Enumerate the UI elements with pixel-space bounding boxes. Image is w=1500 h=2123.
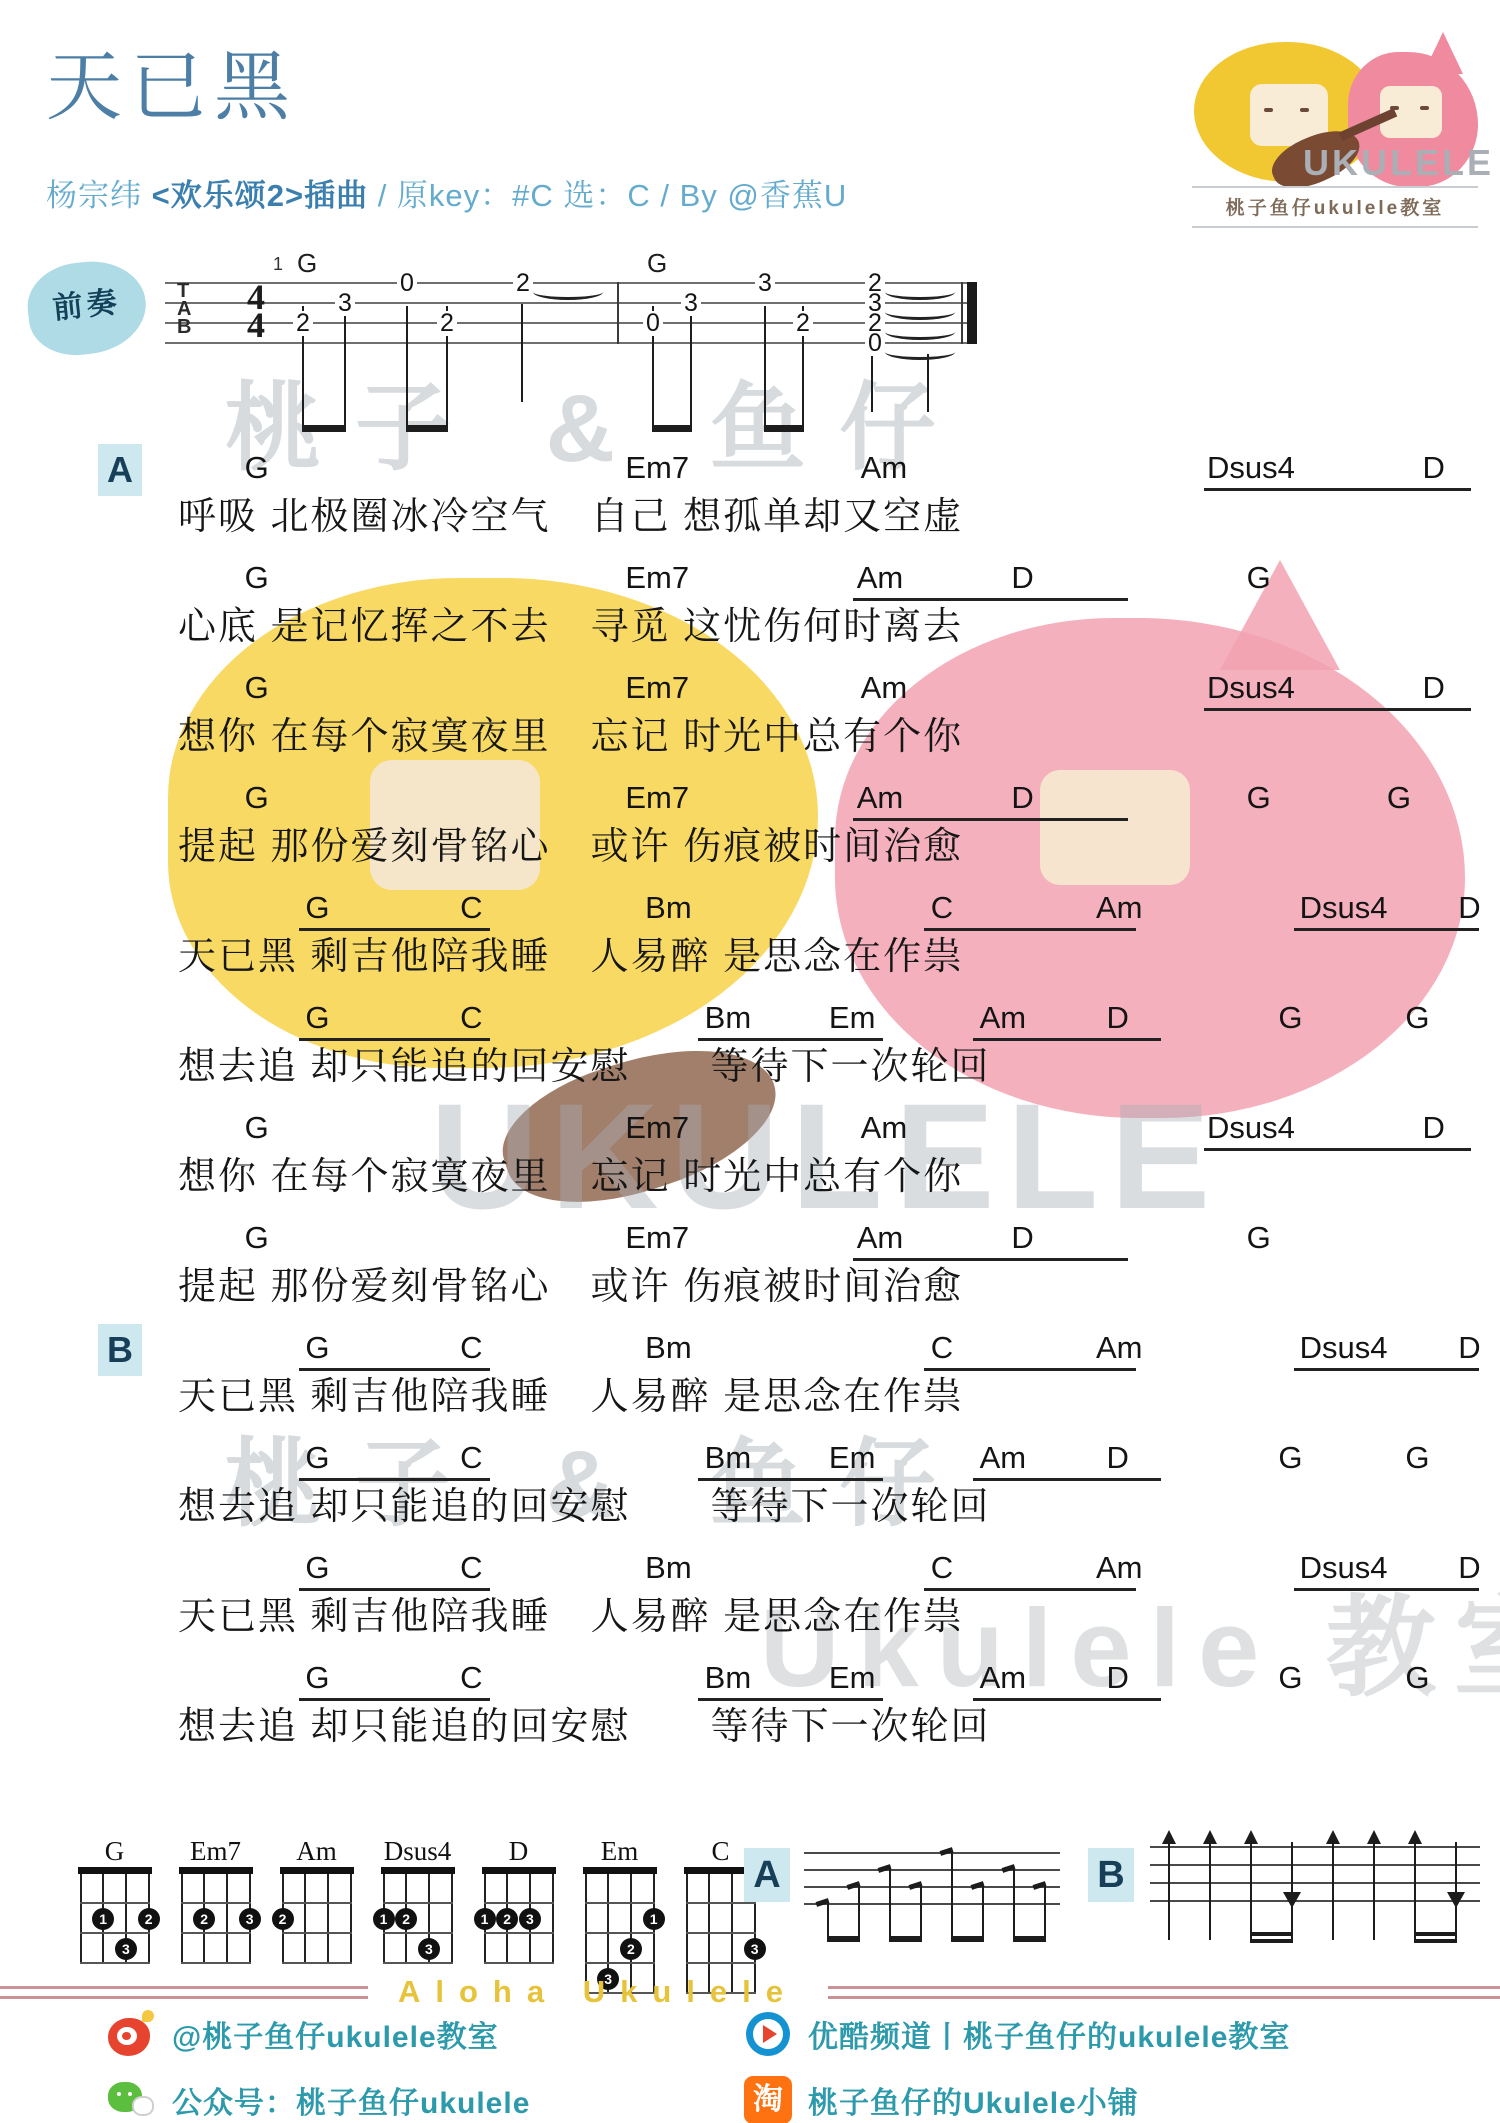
diagram-fret — [686, 1932, 756, 1934]
strum-pattern-a-marker: A — [744, 1848, 790, 1902]
aloha-divider: Aloha Ukulele — [0, 1974, 1500, 2010]
finger-dot: 3 — [418, 1938, 440, 1960]
weibo-icon — [108, 2010, 156, 2058]
chord-symbol: Am — [1096, 1330, 1143, 1366]
chord-symbol: G — [245, 1110, 269, 1146]
chord-symbol: Am — [861, 1110, 908, 1146]
weibo-icon-spark — [142, 2010, 154, 2022]
lyrics-text: 呼吸 北极圈冰冷空气 自己 想孤单却又空虚 — [160, 492, 1482, 542]
tab-clef-letter: B — [177, 316, 191, 339]
finger-dot: 1 — [92, 1908, 114, 1930]
chord-symbol: G — [1278, 1440, 1302, 1476]
diagram-fret — [686, 1962, 756, 1964]
face-eye-icon — [1300, 108, 1309, 112]
chord-symbol: D — [1458, 1330, 1480, 1366]
finger-dot: 1 — [373, 1908, 395, 1930]
down-strum-arrow-icon — [1447, 1892, 1465, 1908]
tab-fret-number: 0 — [865, 331, 885, 356]
chord-diagram-grid: 123 — [80, 1874, 150, 1964]
chord-symbol: Am — [1096, 890, 1143, 926]
picking-stem — [858, 1886, 860, 1940]
chord-underline — [973, 1038, 1161, 1041]
lyrics-text: 想去追 却只能追的回安慰 等待下一次轮回 — [160, 1482, 1482, 1532]
picking-beam — [889, 1936, 922, 1942]
strum-beam — [1250, 1939, 1293, 1943]
song-title: 天已黑 — [46, 26, 298, 135]
picking-stem — [951, 1852, 953, 1940]
picking-stem — [982, 1886, 984, 1940]
note-stem — [871, 354, 873, 412]
chord-diagram-em: Em123 — [569, 1836, 670, 1994]
diagram-fret — [383, 1932, 453, 1934]
chord-symbol: Bm — [645, 890, 692, 926]
diagram-fret — [181, 1932, 251, 1934]
chord-symbol: Am — [980, 1440, 1027, 1476]
chord-underline — [973, 1698, 1161, 1701]
note-stem — [927, 354, 929, 412]
strum-staff-line — [804, 1886, 1060, 1888]
measure-barline — [617, 282, 619, 344]
note-stem — [406, 306, 408, 430]
diagram-fret — [585, 1962, 655, 1964]
lyric-line: GEm7AmDG心底 是记忆挥之不去 寻觅 这忧伤何时离去 — [160, 558, 1482, 652]
chord-symbol: G — [305, 1000, 329, 1036]
lyric-line: AGEm7AmDsus4D呼吸 北极圈冰冷空气 自己 想孤单却又空虚 — [160, 448, 1482, 542]
chord-symbol: G — [305, 1660, 329, 1696]
finger-dot: 2 — [272, 1908, 294, 1930]
strum-staff-line — [1150, 1900, 1480, 1902]
picking-stem — [920, 1886, 922, 1940]
picking-stem — [827, 1903, 829, 1940]
intro-label-bubble: 前奏 — [24, 256, 151, 360]
chord-underline — [924, 928, 1136, 931]
finger-dot: 1 — [643, 1908, 665, 1930]
picking-stem — [889, 1869, 891, 1940]
tab-chord-label: G — [297, 248, 317, 279]
chord-underline — [924, 1588, 1136, 1591]
work-name: <欢乐颂2>插曲 — [152, 178, 368, 213]
finger-dot: 2 — [193, 1908, 215, 1930]
chord-row: GCBmEmAmDGG — [160, 1438, 1482, 1482]
note-beam — [652, 425, 692, 432]
tab-fret-number: 2 — [437, 311, 457, 336]
final-barline-thick — [967, 282, 977, 344]
section-marker-b: B — [98, 1324, 142, 1376]
up-strum-stem — [1168, 1836, 1170, 1940]
chord-symbol: C — [931, 890, 953, 926]
chord-symbol: Am — [857, 560, 904, 596]
lyric-line: GCBmCAmDsus4D天已黑 剩吉他陪我睡 人易醉 是思念在作祟 — [160, 1548, 1482, 1642]
taobao-shop: 桃子鱼仔的Ukulele小铺 — [808, 2078, 1139, 2122]
chord-diagram-em7: Em723 — [165, 1836, 266, 1994]
strum-staff-line — [804, 1869, 1060, 1871]
lyrics-text: 想你 在每个寂寞夜里 忘记 时光中总有个你 — [160, 712, 1482, 762]
up-strum-arrow-icon — [1367, 1830, 1381, 1844]
logo-caption-wrap: 桃子鱼仔ukulele教室 — [1192, 186, 1478, 228]
up-strum-stem — [1332, 1836, 1334, 1940]
chord-diagram-nut — [78, 1867, 152, 1874]
diagram-string — [80, 1874, 82, 1964]
chord-symbol: G — [305, 1330, 329, 1366]
face-eye-icon — [1420, 106, 1429, 110]
up-strum-arrow-icon — [1408, 1830, 1422, 1844]
tab-fret-number: 0 — [643, 311, 663, 336]
artist-name: 杨宗纬 — [46, 178, 152, 213]
chord-underline — [1204, 488, 1471, 491]
taobao-item: 淘 桃子鱼仔的Ukulele小铺 — [744, 2074, 1438, 2123]
chord-symbol: Am — [861, 450, 908, 486]
chord-underline — [973, 1478, 1161, 1481]
chord-underline — [853, 818, 1128, 821]
diagram-fret — [181, 1902, 251, 1904]
strum-beam — [1414, 1939, 1457, 1943]
chord-symbol: D — [1011, 560, 1033, 596]
picking-stem — [1013, 1869, 1015, 1940]
finger-dot: 3 — [239, 1908, 261, 1930]
lyrics-text: 天已黑 剩吉他陪我睡 人易醉 是思念在作祟 — [160, 1372, 1482, 1422]
chord-diagram-label: Em — [569, 1836, 670, 1868]
diagram-string — [327, 1874, 329, 1964]
chord-underline — [1204, 708, 1471, 711]
note-beam — [406, 425, 448, 432]
chord-symbol: D — [1423, 450, 1445, 486]
chord-symbol: D — [1107, 1660, 1129, 1696]
diagram-fret — [80, 1902, 150, 1904]
diagram-fret — [80, 1962, 150, 1964]
chord-underline — [1204, 1148, 1471, 1151]
finger-dot: 2 — [395, 1908, 417, 1930]
chord-symbol: Em7 — [625, 670, 689, 706]
chord-underline — [853, 598, 1128, 601]
finger-dot: 3 — [115, 1938, 137, 1960]
chord-diagram-d: D123 — [468, 1836, 569, 1994]
diagram-fret — [484, 1932, 554, 1934]
chord-symbol: Am — [1096, 1550, 1143, 1586]
chord-symbol: D — [1107, 1000, 1129, 1036]
chord-underline — [299, 1588, 491, 1591]
chord-symbol: G — [245, 450, 269, 486]
wechat-item: 公众号：桃子鱼仔ukulele — [108, 2074, 744, 2123]
tie-arc — [885, 324, 955, 340]
chord-symbol: G — [1247, 780, 1271, 816]
note-stem — [690, 306, 692, 430]
chord-diagram-nut — [381, 1867, 455, 1874]
chord-symbol: Am — [857, 780, 904, 816]
strum-beam — [1250, 1932, 1293, 1936]
tie-arc — [885, 344, 955, 360]
chord-symbol: Bm — [645, 1330, 692, 1366]
taobao-icon: 淘 — [744, 2076, 792, 2123]
chord-row: AGEm7AmDsus4D — [160, 448, 1482, 492]
chord-row: BGCBmCAmDsus4D — [160, 1328, 1482, 1372]
chord-row: GCBmEmAmDGG — [160, 1658, 1482, 1702]
youku-item: 优酷频道丨桃子鱼仔的ukulele教室 — [744, 2008, 1438, 2060]
lyrics-section: AGEm7AmDsus4D呼吸 北极圈冰冷空气 自己 想孤单却又空虚GEm7Am… — [160, 448, 1482, 1768]
diagram-fret — [585, 1902, 655, 1904]
section-marker-a: A — [98, 444, 142, 496]
chord-symbol: G — [245, 670, 269, 706]
chord-symbol: Bm — [705, 1000, 752, 1036]
strum-staff-line — [1150, 1864, 1480, 1866]
chord-diagram-label: Em7 — [165, 1836, 266, 1868]
chord-symbol: D — [1458, 890, 1480, 926]
picking-stem — [1044, 1886, 1046, 1940]
chord-underline — [924, 1368, 1136, 1371]
taobao-icon-char: 淘 — [753, 2083, 783, 2116]
chord-row: GCBmCAmDsus4D — [160, 1548, 1482, 1592]
wechat-icon-eye — [117, 2092, 121, 2096]
tab-chord-label: G — [647, 248, 667, 279]
chord-symbol: G — [1405, 1440, 1429, 1476]
divider-line-left — [0, 1986, 368, 1999]
lyric-line: GEm7AmDG提起 那份爱刻骨铭心 或许 伤痕被时间治愈 — [160, 1218, 1482, 1312]
tab-fret-number: 3 — [755, 271, 775, 296]
song-subtitle: 杨宗纬 <欢乐颂2>插曲 / 原key：#C 选：C / By @香蕉U — [46, 170, 847, 215]
chord-symbol: D — [1423, 670, 1445, 706]
tab-fret-number: 0 — [397, 271, 417, 296]
strum-pattern-b-marker: B — [1088, 1848, 1134, 1902]
lyric-line: GEm7AmDsus4D想你 在每个寂寞夜里 忘记 时光中总有个你 — [160, 1108, 1482, 1202]
chord-symbol: Am — [980, 1000, 1027, 1036]
chord-symbol: Em7 — [625, 1110, 689, 1146]
chord-symbol: Am — [861, 670, 908, 706]
chord-row: GEm7AmDG — [160, 558, 1482, 602]
lyrics-text: 心底 是记忆挥之不去 寻觅 这忧伤何时离去 — [160, 602, 1482, 652]
finger-dot: 2 — [620, 1938, 642, 1960]
chord-diagram-grid: 123 — [484, 1874, 554, 1964]
strum-beam — [1414, 1932, 1457, 1936]
youku-channel: 优酷频道丨桃子鱼仔的ukulele教室 — [808, 2012, 1290, 2056]
chord-symbol: Dsus4 — [1207, 1110, 1295, 1146]
chord-symbol: C — [460, 1550, 482, 1586]
note-beam — [302, 425, 346, 432]
intro-tab-staff: TAB441GG2302203322320 — [165, 282, 985, 452]
chord-row: GEm7AmDsus4D — [160, 1108, 1482, 1152]
lyric-line: BGCBmCAmDsus4D天已黑 剩吉他陪我睡 人易醉 是思念在作祟 — [160, 1328, 1482, 1422]
chord-symbol: C — [931, 1550, 953, 1586]
chord-symbol: Dsus4 — [1300, 890, 1388, 926]
chord-symbol: G — [305, 890, 329, 926]
chord-symbol: Bm — [705, 1440, 752, 1476]
picking-beam — [1013, 1936, 1046, 1942]
strum-staff-line — [1150, 1882, 1480, 1884]
chord-symbol: Em7 — [625, 1220, 689, 1256]
strum-staff-line — [804, 1852, 1060, 1854]
chord-diagram-am: Am2 — [266, 1836, 367, 1994]
chord-diagram-grid: 2 — [282, 1874, 352, 1964]
strum-pattern-a — [804, 1852, 1060, 1906]
diagram-string — [552, 1874, 554, 1964]
weibo-icon-pupil — [122, 2032, 131, 2040]
chord-symbol: G — [245, 560, 269, 596]
chord-diagram-label: Dsus4 — [367, 1836, 468, 1868]
finger-dot: 1 — [474, 1908, 496, 1930]
diagram-string — [181, 1874, 183, 1964]
chord-diagram-dsus4: Dsus4123 — [367, 1836, 468, 1994]
chord-symbol: Am — [980, 1660, 1027, 1696]
finger-dot: 3 — [519, 1908, 541, 1930]
tab-fret-number: 3 — [335, 291, 355, 316]
chord-symbol: Dsus4 — [1207, 670, 1295, 706]
chord-underline — [698, 1038, 883, 1041]
chord-symbol: D — [1011, 1220, 1033, 1256]
lyrics-text: 提起 那份爱刻骨铭心 或许 伤痕被时间治愈 — [160, 1262, 1482, 1312]
final-barline-thin — [961, 282, 963, 344]
chord-diagram-grid: 123 — [383, 1874, 453, 1964]
chord-underline — [1294, 1588, 1479, 1591]
diagram-string — [304, 1874, 306, 1964]
chord-diagram-grid: 23 — [181, 1874, 251, 1964]
face-eye-icon — [1264, 108, 1273, 112]
diagram-string — [451, 1874, 453, 1964]
position-mark: 1 — [273, 254, 283, 275]
chord-symbol: C — [460, 1330, 482, 1366]
up-strum-stem — [1414, 1836, 1416, 1940]
up-strum-stem — [1373, 1836, 1375, 1940]
tab-staff-line — [165, 342, 977, 344]
chord-symbol: C — [931, 1330, 953, 1366]
divider-line-right — [828, 1986, 1500, 1999]
chord-diagram-strip: G123Em723Am2Dsus4123D123Em123C3 — [64, 1836, 771, 1994]
chord-diagram-nut — [280, 1867, 354, 1874]
chord-symbol: C — [460, 1440, 482, 1476]
social-footer: @桃子鱼仔ukulele教室 优酷频道丨桃子鱼仔的ukulele教室 — [108, 2008, 1438, 2123]
tie-arc — [885, 284, 955, 300]
chord-symbol: Em — [829, 1660, 876, 1696]
chord-row: GCBmCAmDsus4D — [160, 888, 1482, 932]
diagram-fret — [484, 1962, 554, 1964]
chord-symbol: Em7 — [625, 450, 689, 486]
chord-symbol: Bm — [705, 1660, 752, 1696]
chord-sheet-page: 桃子 & 鱼仔 UKULELE 桃子 & 鱼仔 Ukulele 教室 天已黑 杨… — [0, 0, 1500, 2123]
chord-symbol: Em7 — [625, 560, 689, 596]
chord-row: GEm7AmDG — [160, 1218, 1482, 1262]
lyric-line: GEm7AmDGG提起 那份爱刻骨铭心 或许 伤痕被时间治愈 — [160, 778, 1482, 872]
divider-text: Aloha Ukulele — [398, 1974, 798, 2010]
tab-fret-number: 3 — [681, 291, 701, 316]
diagram-string — [350, 1874, 352, 1964]
chord-symbol: G — [1405, 1660, 1429, 1696]
chord-symbol: Em — [829, 1000, 876, 1036]
up-strum-arrow-icon — [1162, 1830, 1176, 1844]
note-beam — [764, 425, 804, 432]
chord-symbol: G — [1247, 1220, 1271, 1256]
chord-diagram-g: G123 — [64, 1836, 165, 1994]
chord-symbol: C — [460, 1660, 482, 1696]
chord-symbol: G — [245, 1220, 269, 1256]
chord-diagram-nut — [583, 1867, 657, 1874]
chord-symbol: Dsus4 — [1300, 1330, 1388, 1366]
chord-underline — [299, 928, 491, 931]
diagram-fret — [181, 1962, 251, 1964]
finger-dot: 3 — [744, 1938, 766, 1960]
chord-symbol: G — [1278, 1660, 1302, 1696]
key-info: / 原key：#C 选：C / By @香蕉U — [368, 178, 847, 213]
wechat-icon-small-bubble — [132, 2096, 154, 2116]
chord-symbol: D — [1423, 1110, 1445, 1146]
up-strum-arrow-icon — [1244, 1830, 1258, 1844]
down-strum-arrow-icon — [1283, 1892, 1301, 1908]
chord-diagram-nut — [179, 1867, 253, 1874]
diagram-string — [226, 1874, 228, 1964]
lyric-line: GEm7AmDsus4D想你 在每个寂寞夜里 忘记 时光中总有个你 — [160, 668, 1482, 762]
chord-diagram-label: D — [468, 1836, 569, 1868]
chord-underline — [698, 1698, 883, 1701]
wechat-icon-eye — [128, 2092, 132, 2096]
weibo-handle: @桃子鱼仔ukulele教室 — [172, 2012, 499, 2056]
tab-fret-number: 2 — [793, 311, 813, 336]
tie-arc — [533, 284, 603, 300]
brand-logo: UKULELE 桃子鱼仔ukulele教室 — [1188, 24, 1483, 224]
lyric-line: GCBmEmAmDGG想去追 却只能追的回安慰 等待下一次轮回 — [160, 998, 1482, 1092]
chord-symbol: Dsus4 — [1207, 450, 1295, 486]
lyric-line: GCBmEmAmDGG想去追 却只能追的回安慰 等待下一次轮回 — [160, 1658, 1482, 1752]
finger-dot: 2 — [138, 1908, 160, 1930]
tab-staff-line — [165, 302, 977, 304]
diagram-fret — [282, 1962, 352, 1964]
diagram-fret — [80, 1932, 150, 1934]
chord-row: GCBmEmAmDGG — [160, 998, 1482, 1042]
lyrics-text: 提起 那份爱刻骨铭心 或许 伤痕被时间治愈 — [160, 822, 1482, 872]
chord-symbol: Am — [857, 1220, 904, 1256]
chord-diagram-label: Am — [266, 1836, 367, 1868]
picking-beam — [827, 1936, 860, 1942]
diagram-fret — [484, 1902, 554, 1904]
down-strum-stem — [1455, 1842, 1457, 1940]
chord-symbol: D — [1458, 1550, 1480, 1586]
chord-symbol: Dsus4 — [1300, 1550, 1388, 1586]
chord-underline — [853, 1258, 1128, 1261]
chord-symbol: C — [460, 1000, 482, 1036]
diagram-fret — [282, 1932, 352, 1934]
diagram-fret — [383, 1962, 453, 1964]
lyrics-text: 想去追 却只能追的回安慰 等待下一次轮回 — [160, 1702, 1482, 1752]
chord-symbol: G — [1247, 560, 1271, 596]
chord-symbol: D — [1107, 1440, 1129, 1476]
note-stem — [764, 306, 766, 430]
logo-caption-text: 桃子鱼仔ukulele教室 — [1226, 198, 1444, 219]
youku-icon — [744, 2010, 792, 2058]
chord-symbol: G — [245, 780, 269, 816]
picking-beam — [951, 1936, 984, 1942]
lyrics-text: 想你 在每个寂寞夜里 忘记 时光中总有个你 — [160, 1152, 1482, 1202]
diagram-fret — [282, 1902, 352, 1904]
chord-symbol: C — [460, 890, 482, 926]
tie-arc — [885, 304, 955, 320]
chord-symbol: D — [1011, 780, 1033, 816]
logo-pink-top — [1423, 32, 1463, 74]
chord-diagram-label: G — [64, 1836, 165, 1868]
lyric-line: GCBmCAmDsus4D天已黑 剩吉他陪我睡 人易醉 是思念在作祟 — [160, 888, 1482, 982]
note-stem — [344, 306, 346, 430]
chord-underline — [299, 1478, 491, 1481]
lyrics-text: 天已黑 剩吉他陪我睡 人易醉 是思念在作祟 — [160, 932, 1482, 982]
chord-symbol: G — [1278, 1000, 1302, 1036]
up-strum-arrow-icon — [1326, 1830, 1340, 1844]
lyrics-text: 天已黑 剩吉他陪我睡 人易醉 是思念在作祟 — [160, 1592, 1482, 1642]
chord-diagram-nut — [482, 1867, 556, 1874]
chord-symbol: G — [1405, 1000, 1429, 1036]
weibo-item: @桃子鱼仔ukulele教室 — [108, 2008, 744, 2060]
tab-fret-number: 2 — [513, 271, 533, 296]
chord-underline — [299, 1038, 491, 1041]
tab-fret-number: 2 — [293, 311, 313, 336]
down-strum-stem — [1291, 1842, 1293, 1940]
up-strum-arrow-icon — [1203, 1830, 1217, 1844]
diagram-fret — [383, 1902, 453, 1904]
chord-symbol: Em — [829, 1440, 876, 1476]
chord-underline — [698, 1478, 883, 1481]
